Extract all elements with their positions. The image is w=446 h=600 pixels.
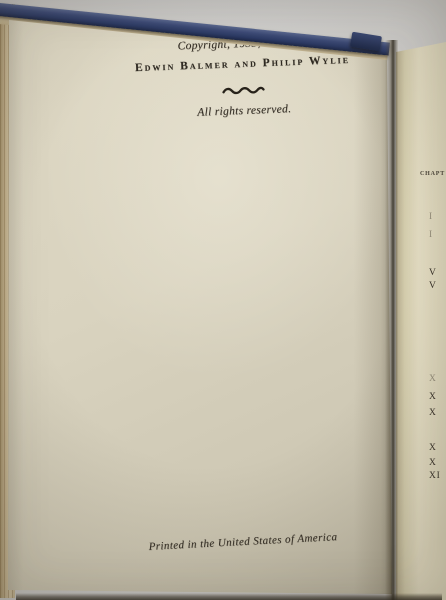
book-photograph: CHAPT IIVVXXXXXXI Copyright, 1933, 1934,… (0, 0, 446, 600)
vignette-overlay (0, 0, 446, 600)
